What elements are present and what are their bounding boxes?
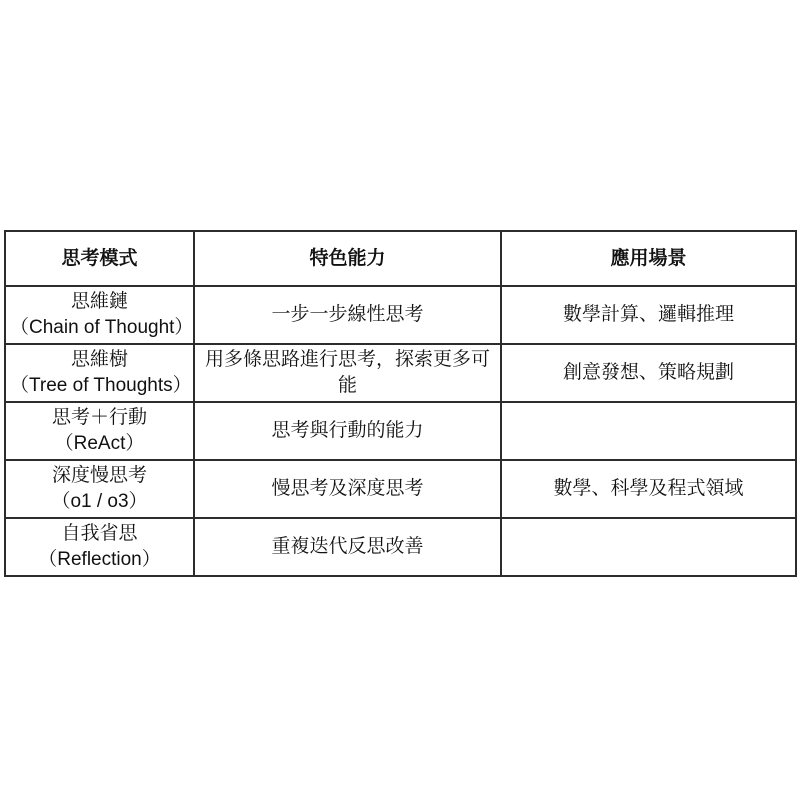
mode-cell: 深度慢思考 （o1 / o3） <box>5 460 194 518</box>
scenario-cell: 數學計算、邏輯推理 <box>501 286 796 344</box>
table-row: 思維樹 （Tree of Thoughts） 用多條思路進行思考，探索更多可能 … <box>5 344 796 402</box>
mode-subtitle: （ReAct） <box>10 431 189 457</box>
mode-subtitle: （Chain of Thought） <box>10 315 189 341</box>
mode-cell: 思維鏈 （Chain of Thought） <box>5 286 194 344</box>
mode-cell: 思考＋行動 （ReAct） <box>5 402 194 460</box>
mode-subtitle: （o1 / o3） <box>10 489 189 515</box>
scenario-cell: 創意發想、策略規劃 <box>501 344 796 402</box>
mode-name: 自我省思 <box>10 521 189 547</box>
mode-cell: 思維樹 （Tree of Thoughts） <box>5 344 194 402</box>
table-row: 自我省思 （Reflection） 重複迭代反思改善 <box>5 518 796 576</box>
mode-subtitle: （Reflection） <box>10 547 189 573</box>
ability-cell: 慢思考及深度思考 <box>194 460 501 518</box>
mode-name: 深度慢思考 <box>10 463 189 489</box>
table-row: 思維鏈 （Chain of Thought） 一步一步線性思考 數學計算、邏輯推… <box>5 286 796 344</box>
header-row: 思考模式 特色能力 應用場景 <box>5 231 796 286</box>
table-row: 深度慢思考 （o1 / o3） 慢思考及深度思考 數學、科學及程式領域 <box>5 460 796 518</box>
thinking-modes-table: 思考模式 特色能力 應用場景 思維鏈 （Chain of Thought） 一步… <box>4 230 797 577</box>
ability-cell: 重複迭代反思改善 <box>194 518 501 576</box>
column-header-scenario: 應用場景 <box>501 231 796 286</box>
ability-cell: 用多條思路進行思考，探索更多可能 <box>194 344 501 402</box>
mode-subtitle: （Tree of Thoughts） <box>10 373 189 399</box>
scenario-cell <box>501 518 796 576</box>
mode-cell: 自我省思 （Reflection） <box>5 518 194 576</box>
mode-name: 思維鏈 <box>10 289 189 315</box>
page-canvas: 思考模式 特色能力 應用場景 思維鏈 （Chain of Thought） 一步… <box>0 0 800 800</box>
ability-cell: 一步一步線性思考 <box>194 286 501 344</box>
table-row: 思考＋行動 （ReAct） 思考與行動的能力 <box>5 402 796 460</box>
mode-name: 思考＋行動 <box>10 405 189 431</box>
ability-cell: 思考與行動的能力 <box>194 402 501 460</box>
scenario-cell <box>501 402 796 460</box>
mode-name: 思維樹 <box>10 347 189 373</box>
column-header-mode: 思考模式 <box>5 231 194 286</box>
column-header-ability: 特色能力 <box>194 231 501 286</box>
scenario-cell: 數學、科學及程式領域 <box>501 460 796 518</box>
